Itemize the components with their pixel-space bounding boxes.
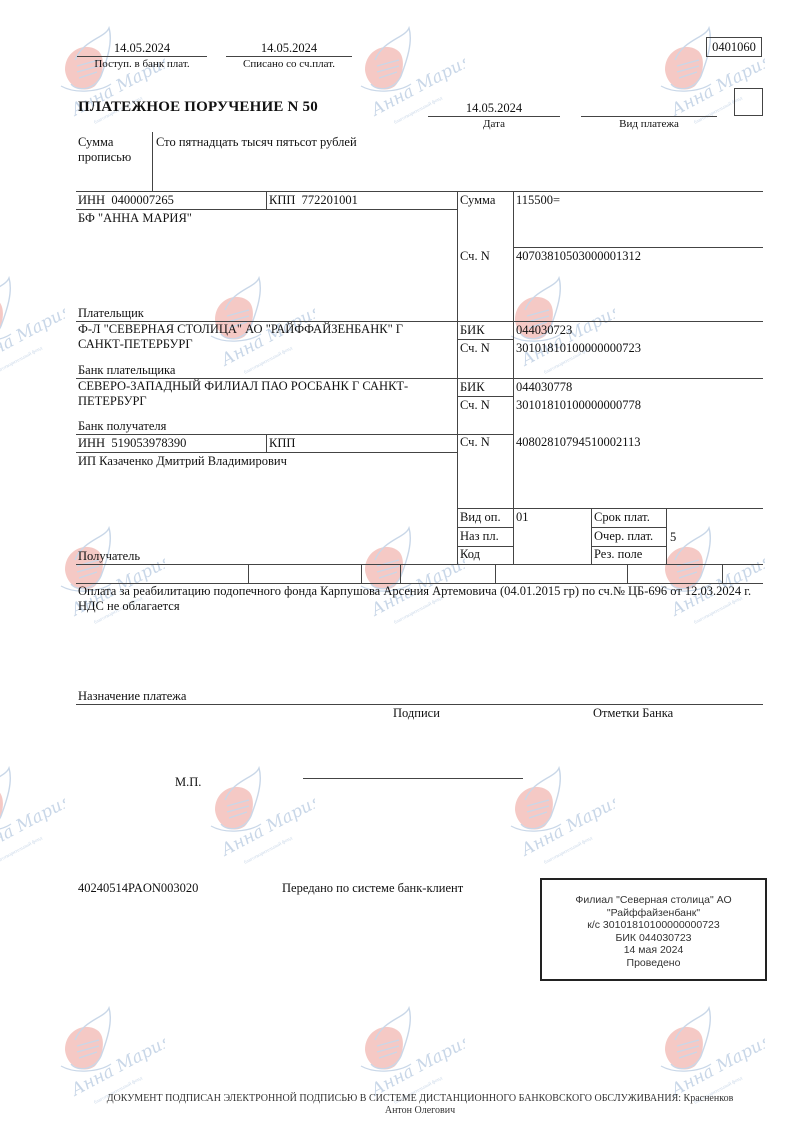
payment-type-box	[734, 88, 763, 116]
payer-label: Плательщик	[78, 306, 144, 321]
priority-label: Очер. плат.	[594, 529, 653, 544]
divider	[591, 508, 592, 564]
recipient-name: ИП Казаченко Дмитрий Владимирович	[78, 454, 287, 469]
e-signature-footer: ДОКУМЕНТ ПОДПИСАН ЭЛЕКТРОННОЙ ПОДПИСЬЮ В…	[60, 1093, 780, 1117]
recipient-label: Получатель	[78, 549, 140, 564]
divider	[361, 564, 362, 583]
bank-stamp: Филиал "Северная столица" АО "Райффайзен…	[540, 878, 767, 981]
svg-text:благотворительный фонд: благотворительный фонд	[0, 346, 44, 376]
payer-account: 40703810503000001312	[516, 249, 641, 264]
divider	[722, 564, 723, 583]
signature-line	[303, 778, 523, 779]
recipient-kpp-label: КПП	[269, 436, 295, 450]
divider	[266, 434, 267, 452]
divider	[513, 247, 763, 248]
sum-label: Сумма	[460, 193, 495, 208]
recipient-bik: 044030778	[516, 380, 572, 395]
divider	[76, 704, 763, 705]
svg-text:благотворительный фонд: благотворительный фонд	[244, 836, 294, 866]
e-signature-line-1: ДОКУМЕНТ ПОДПИСАН ЭЛЕКТРОННОЙ ПОДПИСЬЮ В…	[60, 1093, 780, 1105]
divider	[495, 564, 496, 583]
debited-label: Списано со сч.плат.	[226, 57, 352, 72]
payment-purpose: Оплата за реабилитацию подопечного фонда…	[78, 584, 758, 614]
code-label: Код	[460, 547, 480, 562]
payer-name: БФ "АННА МАРИЯ"	[78, 211, 192, 226]
divider	[457, 527, 513, 528]
divider	[591, 527, 666, 528]
watermark-logo-icon: Анна Марияблаготворительный фонд	[0, 270, 65, 380]
svg-text:Анна Мария: Анна Мария	[0, 300, 65, 370]
divider	[76, 434, 513, 435]
divider	[266, 191, 267, 209]
payer-account-label: Сч. N	[460, 249, 490, 264]
svg-text:Анна Мария: Анна Мария	[667, 1030, 765, 1100]
recipient-bank-account-label: Сч. N	[460, 398, 490, 413]
received-date: 14.05.2024	[77, 41, 207, 56]
divider	[76, 209, 457, 210]
page-title: ПЛАТЕЖНОЕ ПОРУЧЕНИЕ N 50	[78, 100, 318, 115]
payment-purpose-label: Назначение платежа	[78, 689, 186, 704]
bank-stamp-line-1: Филиал "Северная столица" АО	[542, 894, 765, 907]
payer-kpp-label: КПП	[269, 193, 295, 207]
payer-kpp: 772201001	[302, 193, 358, 207]
recipient-bank-name: СЕВЕРО-ЗАПАДНЫЙ ФИЛИАЛ ПАО РОСБАНК Г САН…	[78, 379, 448, 409]
priority: 5	[670, 530, 676, 545]
watermark-logo-icon: Анна Марияблаготворительный фонд	[0, 760, 65, 870]
recipient-bik-label: БИК	[460, 380, 485, 395]
divider	[457, 339, 513, 340]
svg-text:Анна Мария: Анна Мария	[67, 1030, 165, 1100]
recipient-inn: 519053978390	[111, 436, 186, 450]
recipient-bank-account: 30101810100000000778	[516, 398, 641, 413]
bank-stamp-line-5: 14 мая 2024	[542, 944, 765, 957]
bank-stamp-line-2: "Райффайзенбанк"	[542, 907, 765, 920]
divider	[400, 564, 401, 583]
payer-bank-account: 30101810100000000723	[516, 341, 641, 356]
payer-inn: 0400007265	[111, 193, 174, 207]
divider	[666, 508, 667, 564]
e-signature-line-2: Антон Олегович	[60, 1105, 780, 1117]
due-label: Срок плат.	[594, 510, 650, 525]
divider	[152, 132, 153, 191]
svg-text:благотворительный фонд: благотворительный фонд	[544, 836, 594, 866]
bank-stamp-line-6: Проведено	[542, 957, 765, 970]
payment-date: 14.05.2024	[428, 101, 560, 116]
divider	[627, 564, 628, 583]
recipient-account: 40802810794510002113	[516, 435, 641, 450]
bank-marks-label: Отметки Банка	[593, 706, 673, 721]
divider	[76, 191, 763, 192]
watermark-logo-icon: Анна Марияблаготворительный фонд	[205, 760, 315, 870]
transmission-note: Передано по системе банк-клиент	[282, 881, 463, 896]
divider	[457, 396, 513, 397]
stamp-place-label: М.П.	[175, 775, 201, 790]
op-type: 01	[516, 510, 529, 525]
reserved-label: Рез. поле	[594, 547, 642, 562]
amount-words-label-2: прописью	[78, 150, 131, 165]
payer-bik-label: БИК	[460, 323, 485, 338]
recipient-bank-label: Банк получателя	[78, 419, 166, 434]
payment-type-label: Вид платежа	[581, 117, 717, 132]
purpose-code-label: Наз пл.	[460, 529, 499, 544]
divider	[76, 564, 763, 565]
bank-stamp-line-3: к/с 30101810100000000723	[542, 919, 765, 932]
received-label: Поступ. в банк плат.	[77, 57, 207, 72]
sum-value: 115500=	[516, 193, 560, 208]
bank-stamp-line-4: БИК 044030723	[542, 932, 765, 945]
watermark-logo-icon: Анна Марияблаготворительный фонд	[505, 760, 615, 870]
divider	[248, 564, 249, 583]
payer-bik: 044030723	[516, 323, 572, 338]
payer-bank-label: Банк плательщика	[78, 363, 175, 378]
amount-words-value: Сто пятнадцать тысяч пятьсот рублей	[156, 135, 357, 150]
svg-text:Анна Мария: Анна Мария	[217, 790, 315, 860]
svg-text:Анна Мария: Анна Мария	[0, 790, 65, 860]
form-code: 0401060	[706, 37, 762, 57]
debited-date: 14.05.2024	[226, 41, 352, 56]
payer-bank-account-label: Сч. N	[460, 341, 490, 356]
svg-text:Анна Мария: Анна Мария	[367, 1030, 465, 1100]
svg-text:благотворительный фонд: благотворительный фонд	[0, 836, 44, 866]
svg-text:Анна Мария: Анна Мария	[517, 790, 615, 860]
op-type-label: Вид оп.	[460, 510, 501, 525]
divider	[457, 508, 763, 509]
amount-words-label-1: Сумма	[78, 135, 113, 150]
payment-date-label: Дата	[428, 117, 560, 132]
recipient-inn-label: ИНН	[78, 436, 105, 450]
divider	[76, 452, 457, 453]
recipient-account-label: Сч. N	[460, 435, 490, 450]
payer-bank-name: Ф-Л "СЕВЕРНАЯ СТОЛИЦА" АО "РАЙФФАЙЗЕНБАН…	[78, 322, 448, 352]
transmission-reference: 40240514PAON003020	[78, 881, 198, 896]
signatures-label: Подписи	[393, 706, 440, 721]
payer-inn-label: ИНН	[78, 193, 105, 207]
